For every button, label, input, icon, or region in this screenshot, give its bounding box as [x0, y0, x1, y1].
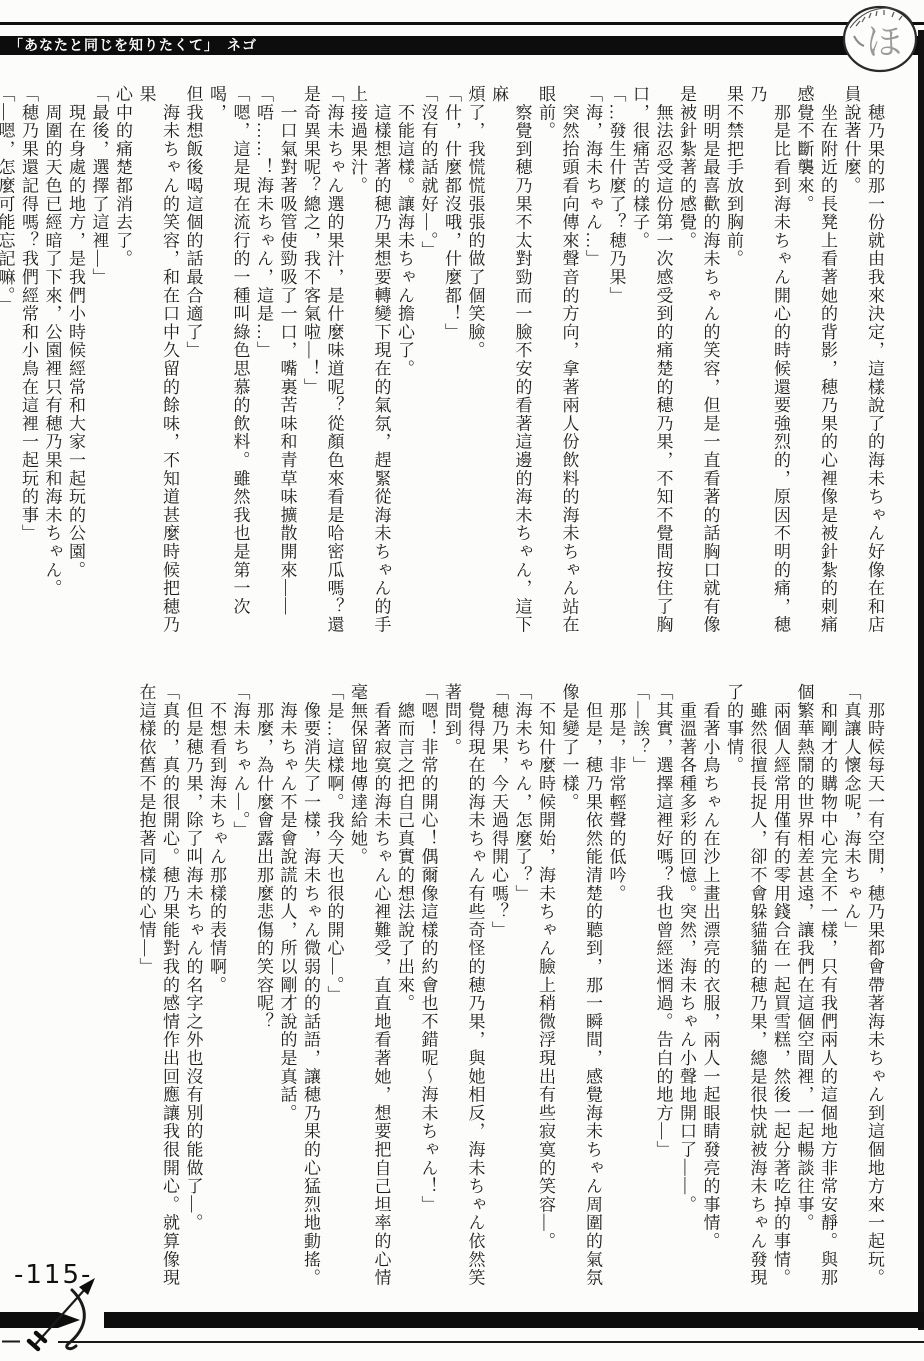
text-column: 「什，什麼都沒哦，什麼都！」 [440, 85, 464, 651]
text-column: 「其實，選擇這裡好嗎？我也曾經迷惘過。告白的地方—」 [651, 683, 675, 1313]
text-column: 「穂乃果還記得嗎？我們經常和小鳥在這裡一起玩的事」 [17, 85, 41, 651]
text-column: 一口氣對著吸管使勁吸了一口，嘴裏苦味和青草味擴散開來—— [275, 85, 299, 651]
stamp-character: ほ [866, 22, 902, 63]
text-column: 不想看到海未ちゃん那樣的表情啊。 [205, 683, 229, 1313]
text-column: 但是，穂乃果依然能清楚的聽到，那一瞬間，感覺海未ちゃん周圍的氣氛 [581, 683, 605, 1313]
text-column: 口，很痛苦的樣子。 [628, 85, 652, 651]
text-column: 在這樣依舊不是抱著同樣的心情—」 [134, 683, 158, 1313]
story-text-bottom: 那時候每天一有空閒，穂乃果都會帶著海未ちゃん到這個地方來一起玩。「真讓人懷念呢，… [134, 683, 886, 1313]
text-column: 海未ちゃん的笑容，和在口中久留的餘味，不知道甚麼時候把穂乃果 [134, 85, 181, 651]
bow-arrow-svg [0, 1242, 210, 1361]
doujin-page: 「あなたと同じを知りたくて」 ネゴ ほ 穂乃果的那一份就由我來決定，這樣說了的海… [0, 0, 924, 1361]
text-column: 明明是最喜歡的海未ちゃん的笑容，但是一直看著的話胸口就有像 [698, 85, 722, 651]
text-column: 察覺到穂乃果不太對勁而一臉不安的看著這邊的海未ちゃん，這下麻 [487, 85, 534, 651]
text-column: 現在身處的地方，是我們小時候經常和大家一起玩的公園。 [64, 85, 88, 651]
text-column: 「…發生什麼了？穂乃果」 [604, 85, 628, 651]
text-column: 周圍的天色已經暗了下來，公園裡只有穂乃果和海未ちゃん。 [40, 85, 64, 651]
page-edge-strip [918, 30, 924, 1330]
text-column: 「海未ちゃん，怎麼了？」 [510, 683, 534, 1313]
text-column: 「真讓人懷念呢，海未ちゃん」 [839, 683, 863, 1313]
bow-arrow-icon [0, 1242, 210, 1361]
text-column: 是被針紮著的感覺。 [675, 85, 699, 651]
text-column: 「海，海未ちゃん…」 [581, 85, 605, 651]
text-column: 感覺不斷襲來。 [792, 85, 816, 651]
circle-stamp-icon: ほ [840, 2, 920, 78]
story-text-top: 穂乃果的那一份就由我來決定，這樣說了的海未ちゃん好像在和店員說著什麼。 坐在附近… [0, 85, 886, 651]
text-column: 心中的痛楚都消去了。 [111, 85, 135, 651]
text-column: 煩了，我慌慌張張的做了個笑臉。 [463, 85, 487, 651]
text-column: 了的事情。 [722, 683, 746, 1313]
text-column: 是奇異果呢？總之，我不客氣啦—！」 [299, 85, 323, 651]
text-column: 海未ちゃん不是會說謊的人，所以剛才說的是真話。 [275, 683, 299, 1313]
text-column: 和剛才的購物中心完全不一樣，只有我們兩人的這個地方非常安靜。與那 [816, 683, 840, 1313]
stamp-svg: ほ [840, 2, 920, 78]
text-column: 著問到。 [440, 683, 464, 1313]
text-column: 像要消失了一樣，海未ちゃん微弱的的話語，讓穂乃果的心猛烈地動搖。 [299, 683, 323, 1313]
text-column: 不知什麼時候開始，海未ちゃん臉上稍微浮現出有些寂寞的笑容—。 [534, 683, 558, 1313]
text-column: 兩個人經常用僅有的零用錢合在一起買雪糕，然後一起分著吃掉的事情。 [769, 683, 793, 1313]
text-column: 「是…這樣啊。我今天也很的開心—。」 [322, 683, 346, 1313]
top-divider-line [0, 22, 924, 25]
text-column: 雖然很擅長捉人，卻不會躲貓貓的穂乃果，總是很快就被海未ちゃん發現 [745, 683, 769, 1313]
text-column: 「穂乃果，今天過得開心嗎？」 [487, 683, 511, 1313]
text-column: 「海未ちゃん—。」 [228, 683, 252, 1313]
text-column: 像是變了一樣。 [557, 683, 581, 1313]
text-column: 那時候每天一有空閒，穂乃果都會帶著海未ちゃん到這個地方來一起玩。 [863, 683, 887, 1313]
text-column: 那是比看到海未ちゃん開心的時候還要強烈的，原因不明的痛，穂乃 [745, 85, 792, 651]
header-title-bar: 「あなたと同じを知りたくて」 ネゴ [0, 36, 924, 55]
text-column: 那是，非常輕聲的低吟。 [604, 683, 628, 1313]
story-title: 「あなたと同じを知りたくて」 ネゴ [9, 37, 257, 53]
text-column: 但是穂乃果，除了叫海未ちゃん的名字之外也沒有別的能做了—。 [181, 683, 205, 1313]
text-column: 看著小鳥ちゃん在沙上畫出漂亮的衣服，兩人一起眼睛發亮的事情。 [698, 683, 722, 1313]
text-column: 「沒有的話就好—。」 [416, 85, 440, 651]
text-column: 無法忍受這份第一次感受到的痛楚的穂乃果，不知不覺間按住了胸 [651, 85, 675, 651]
text-column: 這樣想著的穂乃果想要轉變下現在的氣氛，趕緊從海未ちゃん的手 [369, 85, 393, 651]
text-column: 「嗯！非常的開心！偶爾像這樣的約會也不錯呢～海未ちゃん！」 [416, 683, 440, 1313]
text-column: 「真的，真的很開心。穂乃果能對我的感情作出回應讓我很開心。就算像現 [158, 683, 182, 1313]
text-column: 「最後，選擇了這裡—」 [87, 85, 111, 651]
text-column: 看著寂寞的海未ちゃん心裡難受，直直地看著她，想要把自己坦率的心情 [369, 683, 393, 1313]
text-column: 「—嗯，怎麼可能忘記嘛。」 [0, 85, 17, 651]
text-column: 那麼，為什麼會露出那麼悲傷的笑容呢？ [252, 683, 276, 1313]
text-column: 「海未ちゃん選的果汁，是什麼味道呢？從顏色來看是哈密瓜嗎？還 [322, 85, 346, 651]
text-column: 覺得現在的海未ちゃん有些奇怪的穂乃果，與她相反，海未ちゃん依然笑 [463, 683, 487, 1313]
text-column: 但我想飯後喝這個的話最合適了」 [181, 85, 205, 651]
text-column: 坐在附近的長凳上看著她的背影，穂乃果的心裡像是被針紮的刺痛 [816, 85, 840, 651]
text-column: 毫無保留地傳達給她。 [346, 683, 370, 1313]
text-column: 果不禁把手放到胸前。 [722, 85, 746, 651]
text-column: 「唔……！海未ちゃん，這是…」 [252, 85, 276, 651]
text-column: 眼前。 [534, 85, 558, 651]
text-column: 突然抬頭看向傳來聲音的方向，拿著兩人份飲料的海未ちゃん站在 [557, 85, 581, 651]
text-column: 個繁華熱鬧的世界相差甚遠，讓我們在這個空間裡，一起暢談往事。 [792, 683, 816, 1313]
text-column: 總而言之把自己真實的想法說了出來。 [393, 683, 417, 1313]
text-column: 上接過果汁。 [346, 85, 370, 651]
text-column: 穂乃果的那一份就由我來決定，這樣說了的海未ちゃん好像在和店 [863, 85, 887, 651]
text-column: 「嗯，這是現在流行的一種叫綠色思慕的飲料。雖然我也是第一次喝， [205, 85, 252, 651]
text-column: 重溫著各種多彩的回憶。突然，海未ちゃん小聲地開口了——。 [675, 683, 699, 1313]
text-column: 不能這樣。讓海未ちゃん擔心了。 [393, 85, 417, 651]
text-column: 「—誒？」 [628, 683, 652, 1313]
text-column: 員說著什麼。 [839, 85, 863, 651]
